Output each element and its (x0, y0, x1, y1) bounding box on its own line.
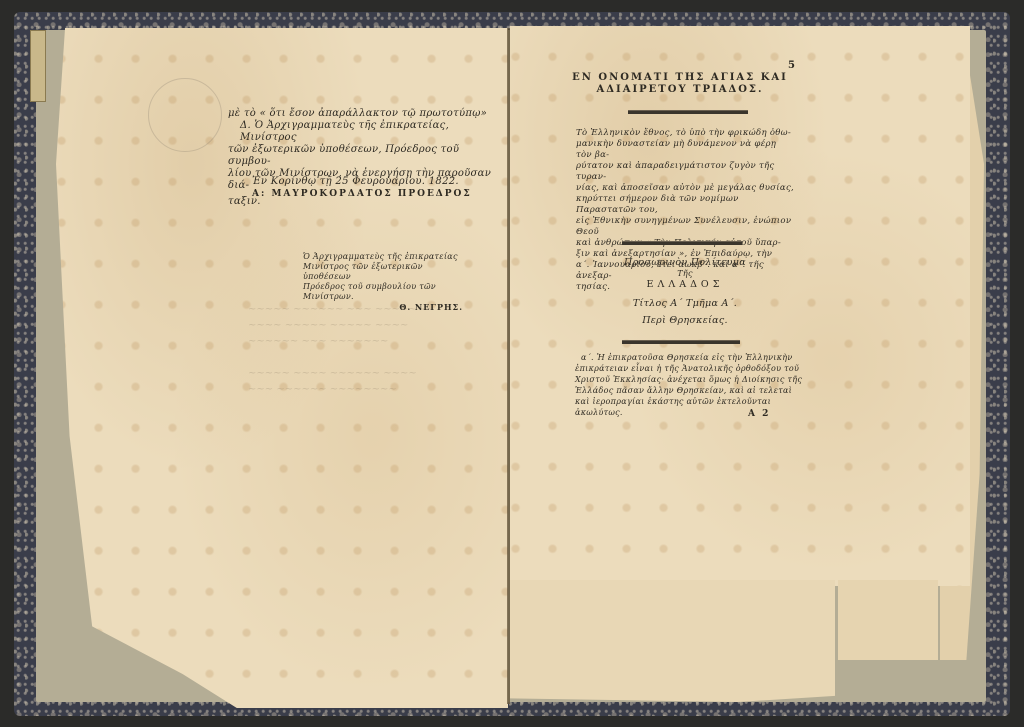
left-line-1: μὲ τὸ « ὅτι ἔσον ἀπαράλλακτον τῷ πρωτοτύ… (228, 108, 493, 120)
article-line: ἐπικράτειαν εἶναι ἡ τῆς Ἀνατολικῆς ὀρθοδ… (575, 363, 807, 374)
divider-rule (622, 340, 740, 344)
preamble-line: ρύτατον καὶ ἀπαραδειγμάτιστον ζυγὸν τῆς … (576, 161, 794, 183)
attestation-line-3: Πρόεδρος τοῦ συμβουλίου τῶν Μινίστρων. (303, 282, 463, 302)
heading-line-2: ΑΔΙΑΙΡΕΤΟΥ ΤΡΙΑΔΟΣ. (565, 84, 795, 96)
right-page-lower-strip (838, 580, 938, 660)
preamble-line: εἰς Ἐθνικὴν συνηγμένων Συνέλευσιν, ἐνώπι… (576, 216, 794, 238)
article-line: καὶ ἱεροπραγίαι ἑκάστης αὐτῶν ἐκτελοῦντα… (575, 396, 807, 418)
title-line-1: Προσωρινὸν Πολίτευμα (590, 256, 780, 269)
preamble-line: κηρύττει σήμερον διὰ τῶν νομίμων Παραστα… (576, 194, 794, 216)
constitution-title-block: Προσωρινὸν Πολίτευμα Τῆς ΕΛΛΑΔΟΣ Τίτλος … (590, 256, 780, 327)
article-text: α΄. Ἡ ἐπικρατοῦσα Θρησκεία εἰς τὴν Ἑλλην… (575, 352, 807, 418)
signature-mavrokordatos: Α: ΜΑΥΡΟΚΟΡΔΑΤΟΣ ΠΡΟΕΔΡΟΣ (252, 188, 472, 200)
book-gutter (507, 28, 510, 704)
section-subject: Περὶ Θρησκείας. (590, 314, 780, 327)
signature-mark: Α 2 (748, 408, 770, 420)
attestation-line-2: Μινίστρος τῶν ἐξωτερικῶν ὑποθέσεων (303, 262, 463, 282)
library-stamp (148, 78, 222, 152)
title-line-3: ΕΛΛΑΔΟΣ (590, 278, 780, 291)
article-line: Ἑλλάδος πᾶσαν ἄλλην Θρησκείαν, καὶ αἱ τε… (575, 385, 807, 396)
article-line: Χριστοῦ Ἐκκλησίας· ἀνέχεται ὅμως ἡ Διοίκ… (575, 374, 807, 385)
preamble-line: μανικὴν δυναστείαν μὴ δυνάμενον νὰ φέρῃ … (576, 139, 794, 161)
binding-flap (30, 30, 46, 102)
preamble-line: νίας, καὶ ἀποσεῖσαν αὐτὸν μὲ μεγάλας θυσ… (576, 183, 794, 194)
attestation-block: Ὁ Ἀρχιγραμματεὺς τῆς ἐπικρατείας Μινίστρ… (303, 252, 463, 312)
divider-rule (628, 110, 748, 114)
bleed-through-text: ~~~~~ ~~~~~~ ~~~ ~~~~~~~~~~~ ~~~~~ ~~~~~… (248, 302, 478, 398)
date-line: Ἐν Κορίνθῳ τῇ 25 Φευρουαρίου. 1822. (252, 176, 459, 188)
left-line-2: Δ. Ὁ Ἀρχιγραμματεὺς τῆς ἐπικρατείας, Μιν… (228, 120, 493, 144)
page-number: 5 (788, 60, 795, 72)
title-line-2: Τῆς (590, 269, 780, 278)
article-line: α΄. Ἡ ἐπικρατοῦσα Θρησκεία εἰς τὴν Ἑλλην… (575, 352, 807, 363)
left-line-3: τῶν ἐξωτερικῶν ὑποθέσεων, Πρόεδρος τοῦ σ… (228, 144, 493, 168)
preamble-line: Τὸ Ἑλληνικὸν ἔθνος, τὸ ὑπὸ τὴν φρικώδη ὀ… (576, 128, 794, 139)
section-title: Τίτλος Α΄ Τμῆμα Α΄. (590, 297, 780, 310)
invocation-heading: ΕΝ ΟΝΟΜΑΤΙ ΤΗΣ ΑΓΙΑΣ ΚΑΙ ΑΔΙΑΙΡΕΤΟΥ ΤΡΙΑ… (565, 72, 795, 96)
heading-line-1: ΕΝ ΟΝΟΜΑΤΙ ΤΗΣ ΑΓΙΑΣ ΚΑΙ (565, 72, 795, 84)
right-page-lower-sheet (510, 580, 835, 702)
divider-rule (622, 241, 742, 245)
attestation-line-1: Ὁ Ἀρχιγραμματεὺς τῆς ἐπικρατείας (303, 252, 463, 262)
signature-negris: Θ. ΝΕΓΡΗΣ. (303, 302, 463, 312)
